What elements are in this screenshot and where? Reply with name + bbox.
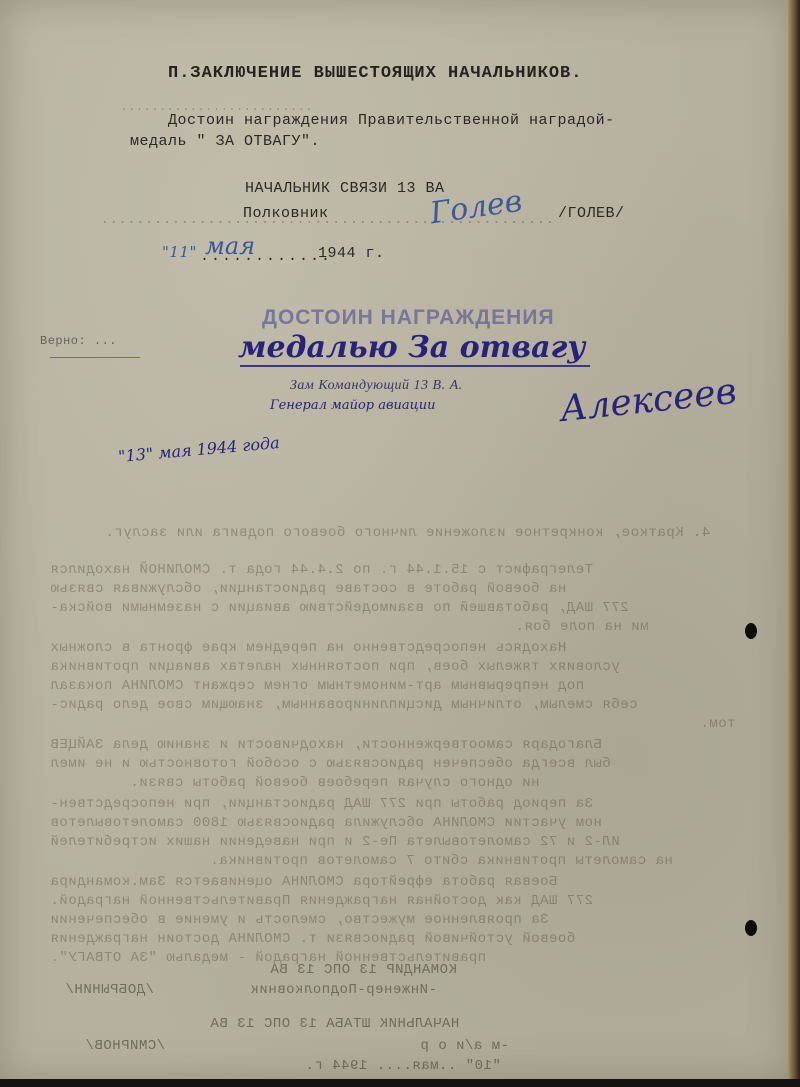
bleed-signature-date: "10" ..мая.... 1944 г. <box>305 1058 501 1074</box>
bleed-line: Благодаря самоотверженности, находчивост… <box>50 737 602 753</box>
second-date: "13" мая 1944 года <box>117 433 280 466</box>
bleed-line: Телеграфист с 15.1.44 г. по 2.4.44 года … <box>50 562 593 578</box>
page-bottom-edge <box>0 1079 800 1087</box>
bleed-signature-line: -м а/и о р <box>420 1038 509 1054</box>
punch-hole <box>745 920 757 936</box>
bleed-line: 4. Краткое, конкретное изложение личного… <box>105 525 710 541</box>
conclusion-line-2: медаль " ЗА ОТВАГУ". <box>130 133 320 150</box>
bleed-line: Боевая работа ефрейтора СМОЛИНА оценивае… <box>50 874 557 890</box>
bleed-line: 277 ШАД как достойная награждения Правит… <box>50 893 593 909</box>
date-day: "11" <box>162 243 197 261</box>
bleed-line: ни одного случая перебоев боевой работы … <box>130 775 539 791</box>
left-margin-note: Верно: ... <box>40 334 117 348</box>
signatory-rank: Полковник <box>243 205 329 222</box>
approval-stamp: ДОСТОИН НАГРАЖДЕНИЯ <box>262 306 555 330</box>
punch-hole <box>745 623 757 639</box>
commander-rank-handwritten: Генерал майор авиации <box>270 398 435 413</box>
bleed-line: себя смелым, отличным дисциплинированным… <box>50 697 638 713</box>
signature-alekseev: Алексеев <box>558 371 738 430</box>
page-edge <box>788 0 800 1087</box>
award-underline <box>240 365 590 367</box>
commander-title: Зам Командующий 13 В. А. <box>290 378 463 394</box>
bleed-line: Находясь непосредственно на переднем кра… <box>50 640 566 656</box>
bleed-line: был всегда обеспечен радиосвязью с особо… <box>50 756 611 772</box>
bleed-signature-line: -Инженер-Подполковник <box>250 982 437 998</box>
bleed-signature-line: КОМАНДИР 13 ОПС 13 ВА <box>270 962 457 978</box>
bleed-line: ИЛ-2 и 72 самолетовылета Пе-2 и при наве… <box>50 834 620 850</box>
bleed-line: За период работы при 277 ШАД радиостанци… <box>50 796 593 812</box>
section-title: П.ЗАКЛЮЧЕНИЕ ВЫШЕСТОЯЩИХ НАЧАЛЬНИКОВ. <box>168 64 582 83</box>
bleed-line: боевой устойчивой радиосвязи т. СМОЛИНА … <box>50 931 575 947</box>
date-dots: ............ <box>200 248 332 265</box>
bleed-signature-name: /СМИРНОВ/ <box>85 1038 165 1054</box>
bleed-line: 277 ШАД, работавшей по взаимодействию ав… <box>50 600 629 616</box>
margin-underline <box>50 357 140 358</box>
handwritten-award: медалью За отвагу <box>238 330 585 365</box>
bleed-line: За проявленное мужество, смелость и умен… <box>50 912 548 928</box>
bleed-line: том. <box>700 716 736 732</box>
signatory-position: НАЧАЛЬНИК СВЯЗИ 13 ВА <box>245 180 445 197</box>
document-page: ......................... ..............… <box>0 0 790 1080</box>
conclusion-line-1: Достоин награждения Правительственной на… <box>168 112 615 129</box>
date-year: 1944 г. <box>318 245 385 262</box>
bleed-line: ми на поле боя. <box>515 619 649 635</box>
bleed-line: на боевой работе в составе радиостанции,… <box>50 581 566 597</box>
bleed-signature-line: НАЧАЛЬНИК ШТАБА 13 ОПС 13 ВА <box>210 1016 459 1032</box>
bleed-line: на самолеты противника сбито 7 самолетов… <box>210 853 673 869</box>
bleed-signature-name: /ДОБРЫНИН/ <box>65 982 154 998</box>
bleed-line: под непрерывным арт-минометным огнем сер… <box>50 678 584 694</box>
signatory-name: /ГОЛЕВ/ <box>558 205 625 222</box>
bleed-line: условиях тяжелых боев, при постоянных на… <box>50 659 620 675</box>
bleed-line: ном участии СМОЛИНА обслужила радиосвязь… <box>50 815 602 831</box>
